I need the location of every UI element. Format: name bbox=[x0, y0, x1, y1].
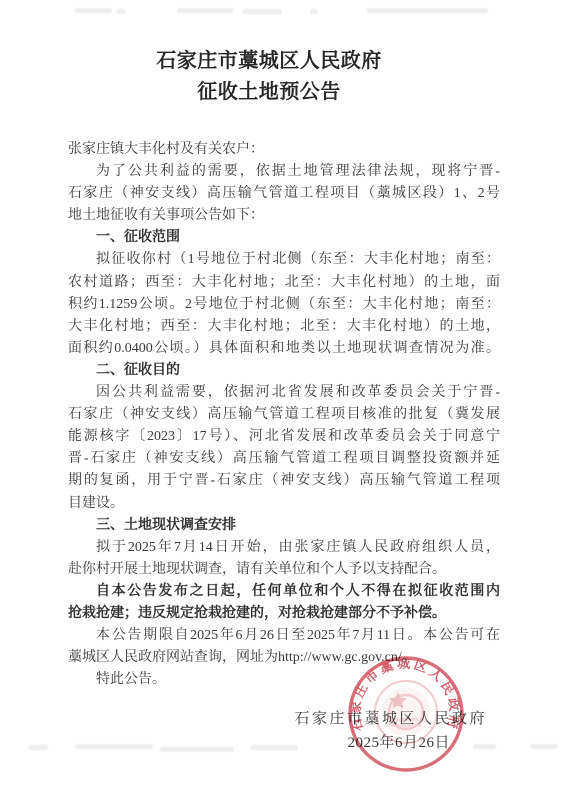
body-line: 赴你村开展土地现状调查，请有关单位和个人予以支持配合。 bbox=[68, 559, 500, 581]
scan-artifact bbox=[75, 744, 153, 749]
scan-artifact bbox=[310, 9, 318, 14]
body-line: 二、征收目的 bbox=[68, 360, 500, 382]
body-line: 拟于2025年7月14日开始，由张家庄镇人民政府组织人员， bbox=[68, 537, 500, 559]
body-line: 张家庄镇大丰化村及有关农户： bbox=[68, 139, 500, 161]
body-line: 农村道路；西至：大丰化村地；北至：大丰化村地）的土地，面 bbox=[68, 272, 500, 294]
scan-artifact bbox=[28, 745, 48, 750]
document-subtitle: 征收土地预公告 bbox=[0, 77, 552, 108]
document-title: 石家庄市藁城区人民政府 bbox=[0, 46, 552, 77]
body-line: 地土地征收有关事项公告如下： bbox=[68, 205, 500, 227]
scan-artifact bbox=[160, 747, 234, 752]
scan-artifact bbox=[242, 9, 282, 14]
body-line: 积约1.1259公顷。2号地位于村北侧（东至：大丰化村地；南至： bbox=[68, 294, 500, 316]
body-line: 为了公共利益的需要，依据土地管理法律法规，现将宁晋- bbox=[68, 161, 500, 183]
body-line: 期的复函，用于宁晋-石家庄（神安支线）高压输气管道工程项 bbox=[68, 470, 500, 492]
body-line: 因公共利益需要，依据河北省发展和改革委员会关于宁晋- bbox=[68, 382, 500, 404]
scan-artifact bbox=[75, 8, 112, 13]
body-line: 抢栽抢建；违反规定抢栽抢建的，对抢栽抢建部分不予补偿。 bbox=[68, 603, 500, 625]
body-line: 三、土地现状调查安排 bbox=[68, 515, 500, 537]
body-line: 面积约0.0400公顷。）具体面积和地类以土地现状调查情况为准。 bbox=[68, 338, 500, 360]
document-title-block: 石家庄市藁城区人民政府 征收土地预公告 bbox=[0, 46, 552, 108]
body-line: 目建设。 bbox=[68, 493, 500, 515]
body-line: 晋-石家庄（神安支线）高压输气管道工程项目调整投资额并延 bbox=[68, 448, 500, 470]
body-line: 拟征收你村（1号地位于村北侧（东至：大丰化村地；南至： bbox=[68, 249, 500, 271]
body-line: 本公告期限自2025年6月26日至2025年7月11日。本公告可在 bbox=[68, 625, 500, 647]
scan-artifact bbox=[366, 8, 488, 13]
body-text: 张家庄镇大丰化村及有关农户：为了公共利益的需要，依据土地管理法律法规，现将宁晋-… bbox=[68, 139, 500, 691]
body-line: 大丰化村地；西至：大丰化村地；北至：大丰化村地）的土地， bbox=[68, 316, 500, 338]
scan-artifact bbox=[250, 745, 298, 750]
scan-artifact bbox=[530, 744, 558, 749]
scan-artifact bbox=[116, 9, 126, 14]
body-line: 石家庄（神安支线）高压输气管道工程项目（藁城区段）1、2号 bbox=[68, 183, 500, 205]
official-seal: 石家庄市藁城区人民政府 bbox=[344, 652, 468, 776]
announcement-page: 石家庄市藁城区人民政府 征收土地预公告 张家庄镇大丰化村及有关农户：为了公共利益… bbox=[0, 0, 566, 800]
scan-artifact bbox=[473, 744, 496, 749]
body-line: 一、征收范围 bbox=[68, 227, 500, 249]
body-line: 能源核字〔2023〕17号）、河北省发展和改革委员会关于同意宁 bbox=[68, 426, 500, 448]
body-line: 石家庄（神安支线）高压输气管道工程项目核准的批复（冀发展 bbox=[68, 404, 500, 426]
body-line: 自本公告发布之日起，任何单位和个人不得在拟征收范围内 bbox=[68, 581, 500, 603]
scan-artifact bbox=[177, 8, 234, 13]
national-emblem-icon bbox=[375, 681, 437, 743]
